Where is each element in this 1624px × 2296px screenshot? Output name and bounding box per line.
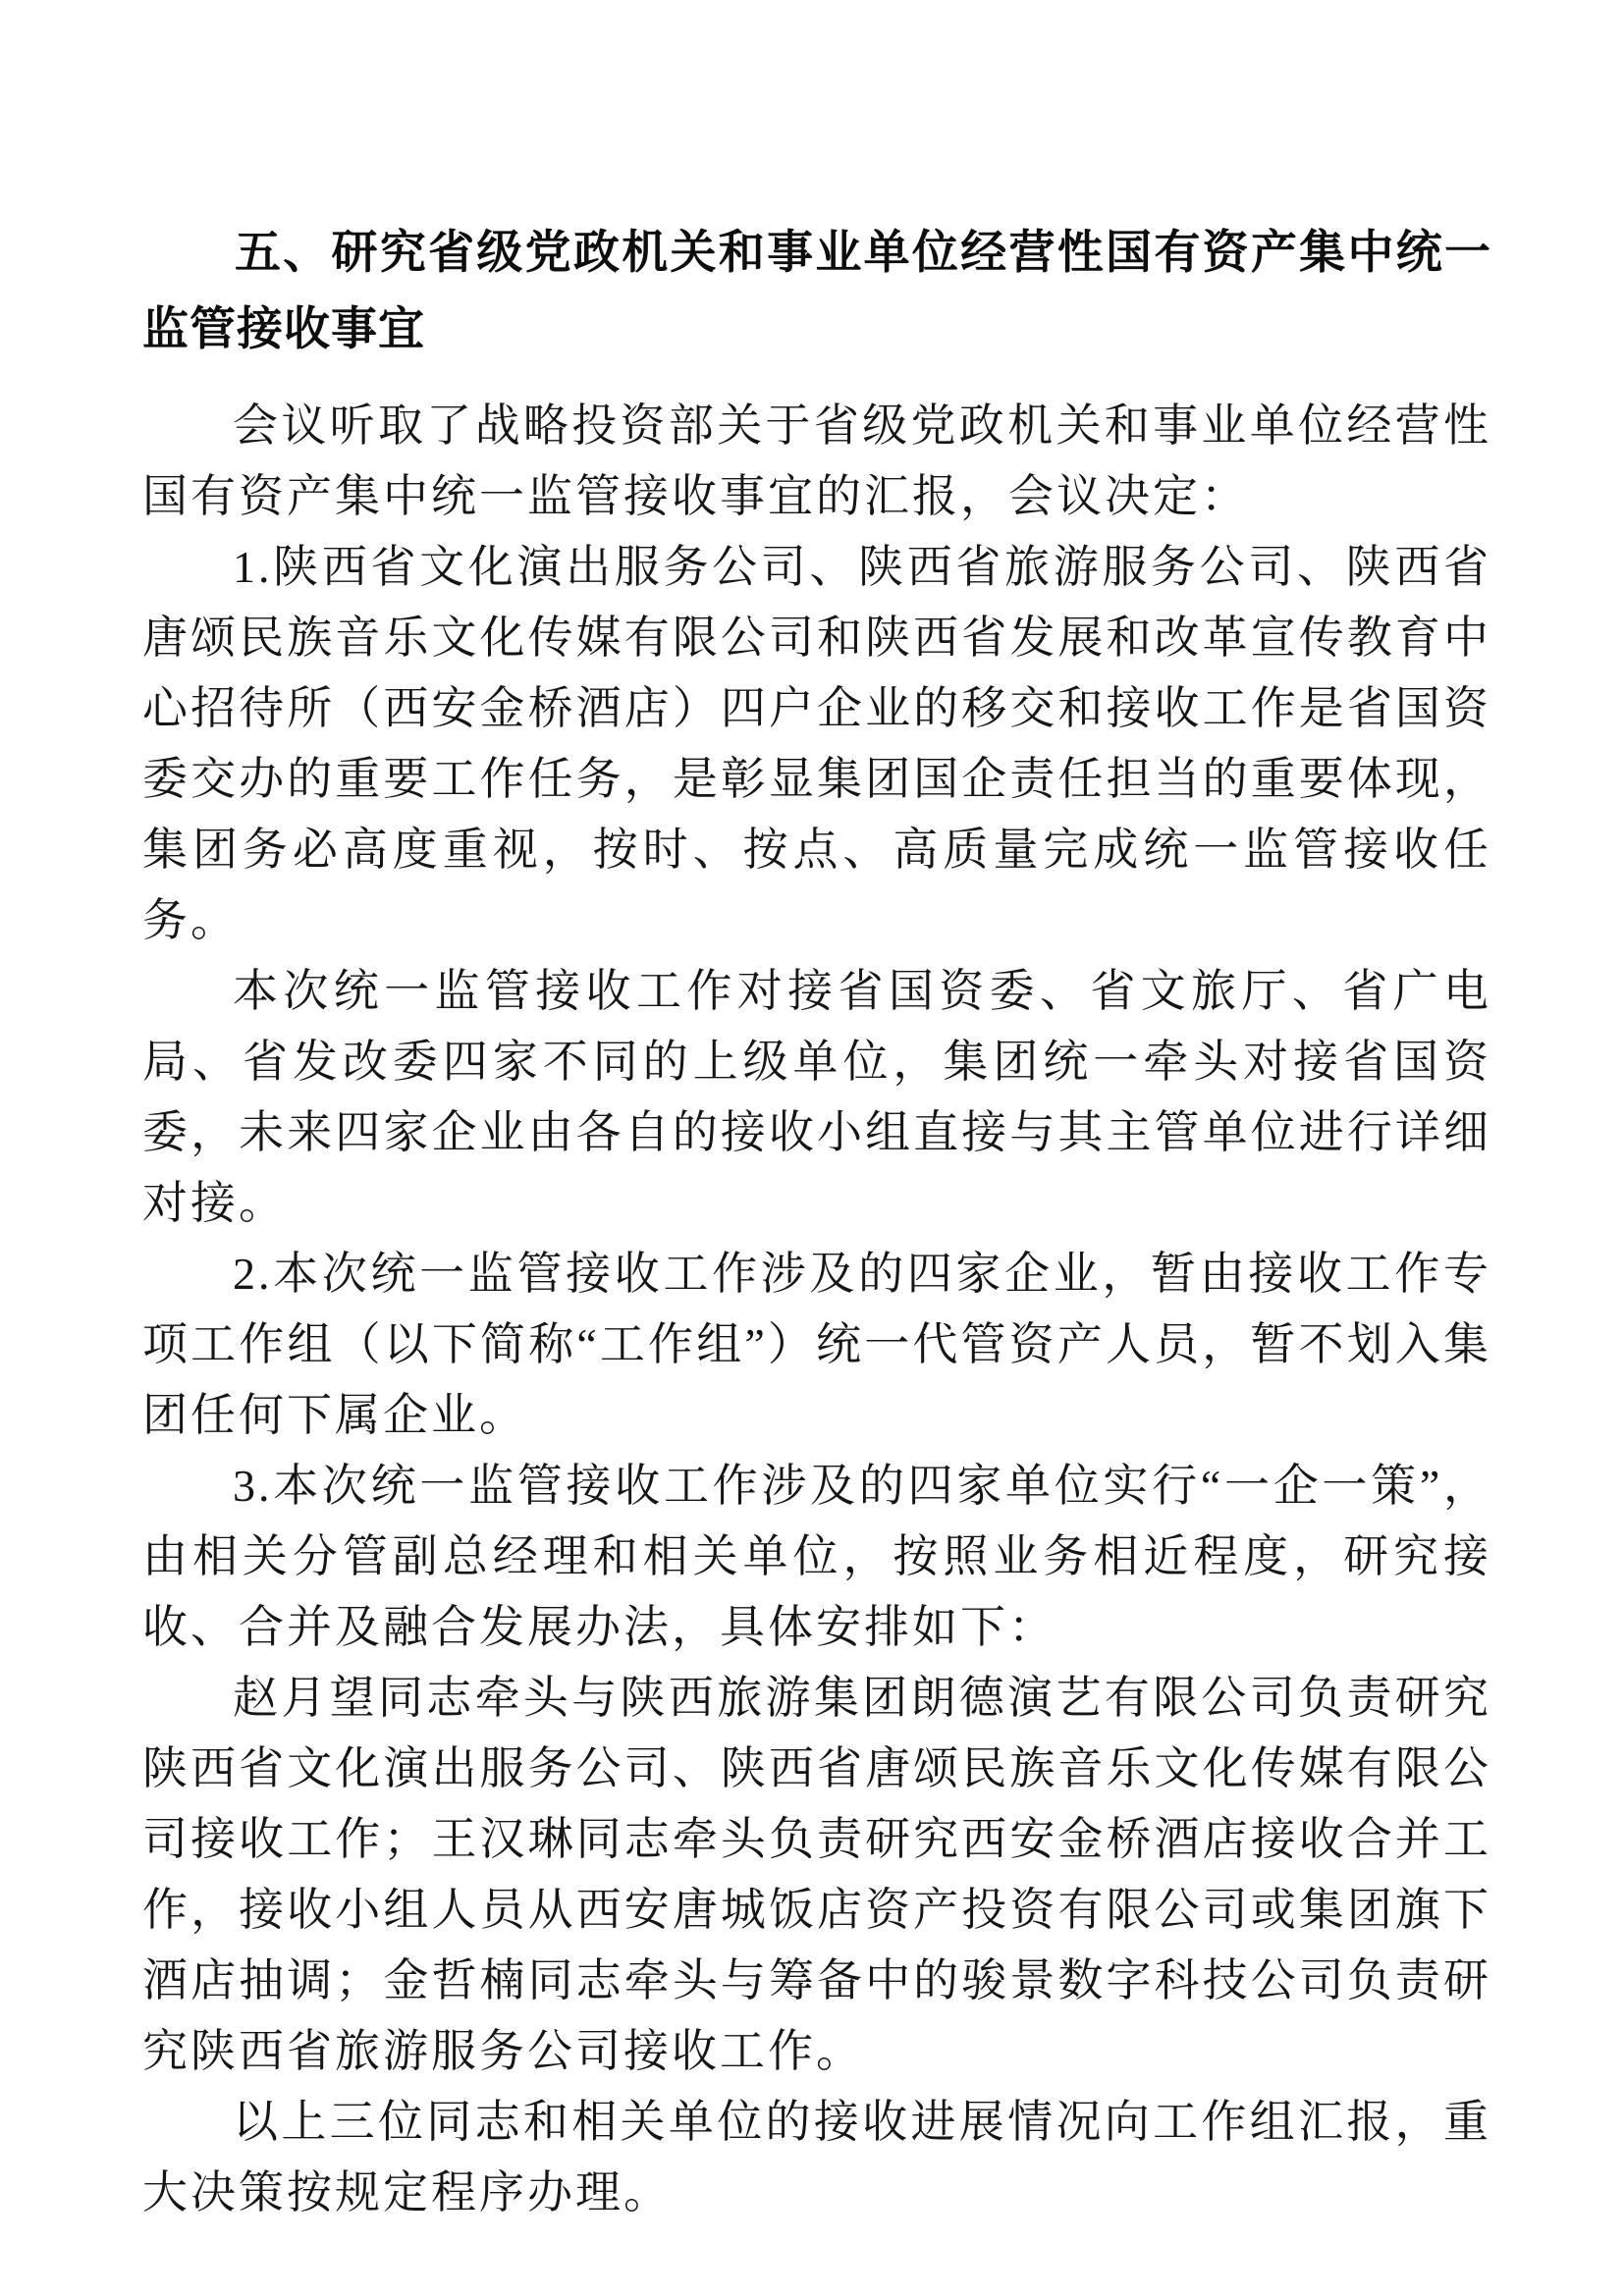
paragraph-item-1-continued: 本次统一监管接收工作对接省国资委、省文旅厅、省广电局、省发改委四家不同的上级单位… xyxy=(142,956,1491,1239)
paragraph-closing: 以上三位同志和相关单位的接收进展情况向工作组汇报，重大决策按规定程序办理。 xyxy=(142,2087,1491,2228)
paragraph-intro: 会议听取了战略投资部关于省级党政机关和事业单位经营性国有资产集中统一监管接收事宜… xyxy=(142,391,1491,532)
document-content: 五、研究省级党政机关和事业单位经营性国有资产集中统一监管接收事宜 会议听取了战略… xyxy=(142,214,1491,2228)
paragraph-assignments: 赵月望同志牵头与陕西旅游集团朗德演艺有限公司负责研究陕西省文化演出服务公司、陕西… xyxy=(142,1663,1491,2087)
section-heading: 五、研究省级党政机关和事业单位经营性国有资产集中统一监管接收事宜 xyxy=(142,214,1491,367)
document-page: 五、研究省级党政机关和事业单位经营性国有资产集中统一监管接收事宜 会议听取了战略… xyxy=(0,0,1624,2296)
paragraph-item-1: 1.陕西省文化演出服务公司、陕西省旅游服务公司、陕西省唐颂民族音乐文化传媒有限公… xyxy=(142,532,1491,956)
paragraph-item-2: 2.本次统一监管接收工作涉及的四家企业，暂由接收工作专项工作组（以下简称“工作组… xyxy=(142,1239,1491,1451)
paragraph-item-3: 3.本次统一监管接收工作涉及的四家单位实行“一企一策”，由相关分管副总经理和相关… xyxy=(142,1451,1491,1663)
